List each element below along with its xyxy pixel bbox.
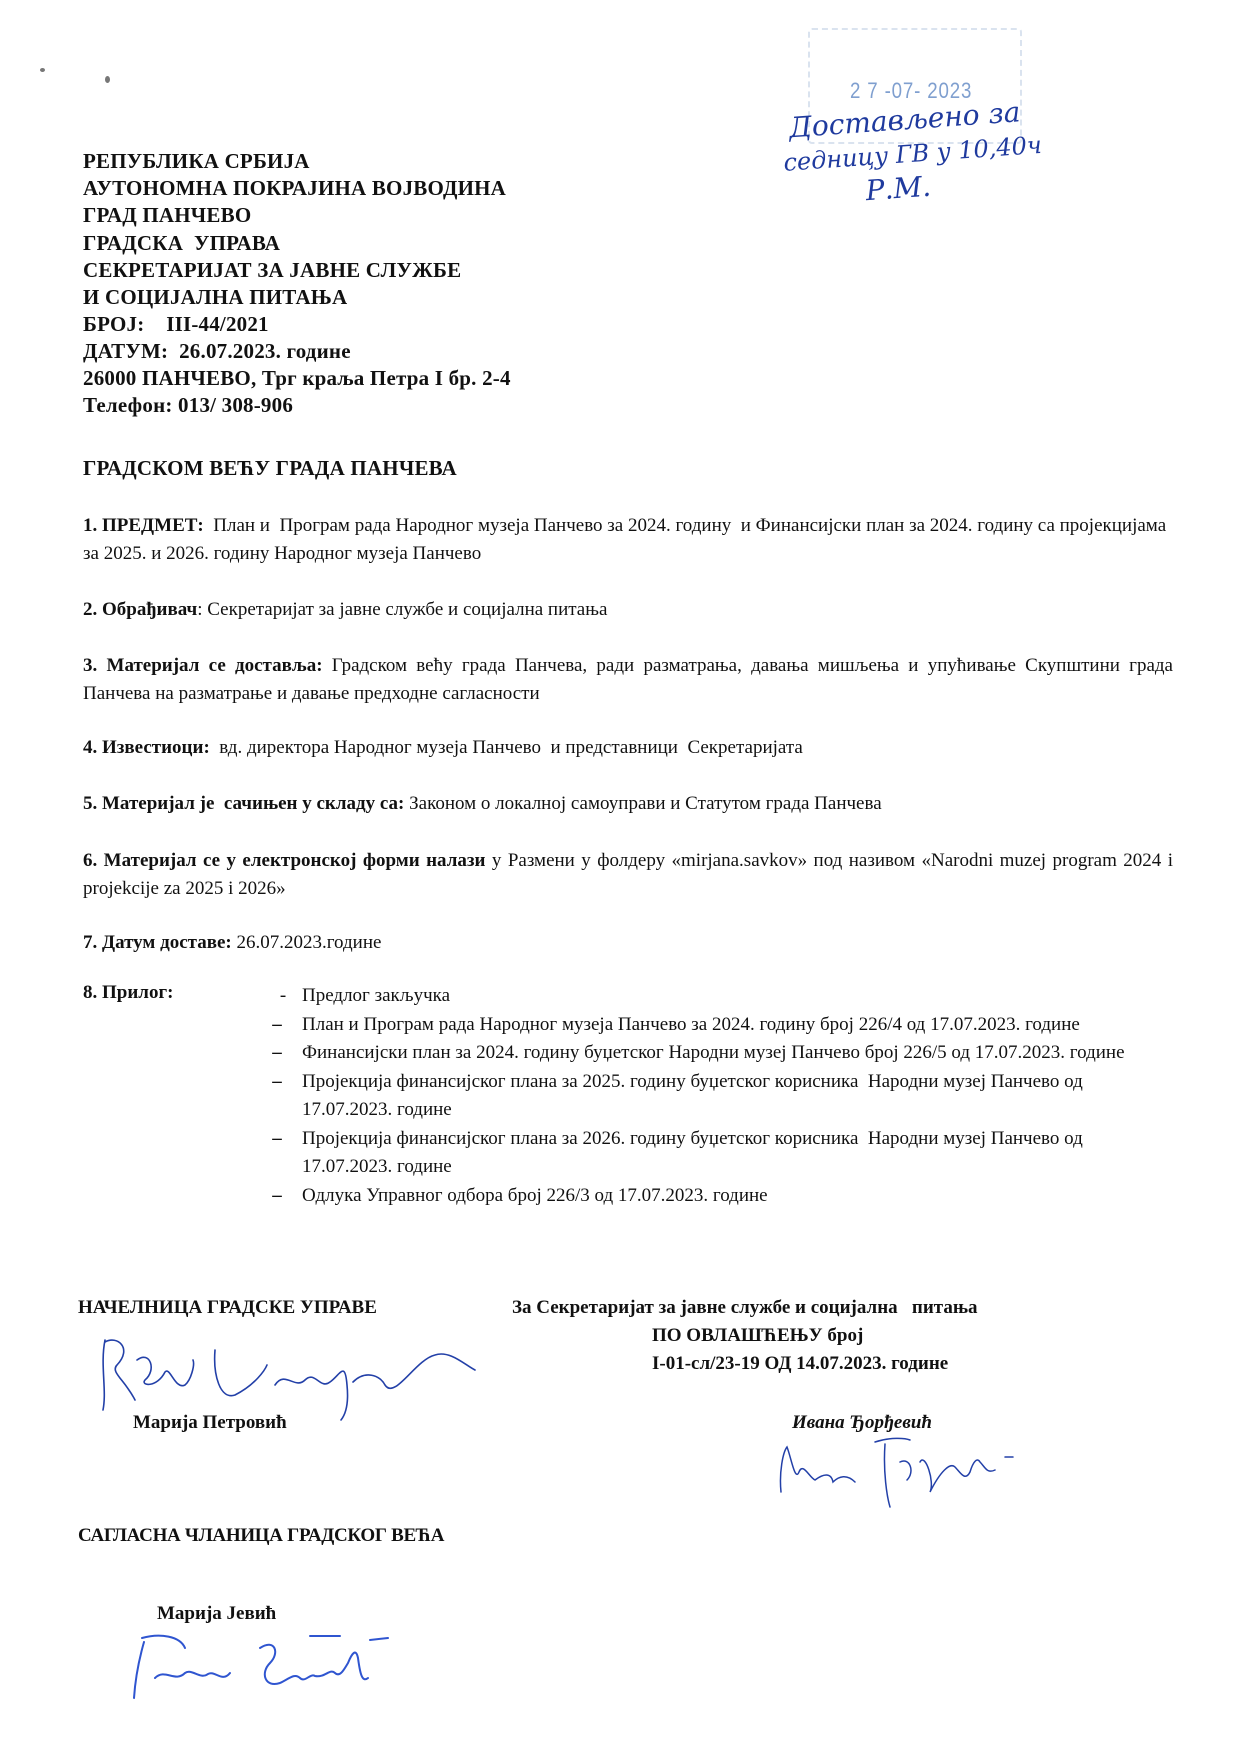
header-line: ГРАДСКА УПРАВА [83,230,280,257]
attachment-item: - Предлог закључка [262,982,1162,1011]
address: 26000 ПАНЧЕВО, Трг краља Петра I бр. 2-4 [83,365,511,392]
header-line: СЕКРЕТАРИЈАТ ЗА ЈАВНЕ СЛУЖБЕ [83,257,461,284]
document-number: БРОЈ: III-44/2021 [83,311,269,338]
attachment-item: – Финансијски план за 2024. годину буџет… [262,1039,1162,1068]
phone: Телефон: 013/ 308-906 [83,392,293,419]
recipient: ГРАДСКОМ ВЕЋУ ГРАДА ПАНЧЕВА [83,455,457,482]
left-signatory-title: НАЧЕЛНИЦА ГРАДСКЕ УПРАВЕ [78,1297,377,1319]
document-date: ДАТУМ: 26.07.2023. године [83,338,351,365]
attachments-label: 8. Прилог: [83,982,173,1004]
dash-bullet: – [262,1068,292,1097]
handwritten-note: Достављено за седницу ГВ у 10,40ч Р.М. [780,94,1045,214]
dash-bullet: – [262,1039,292,1068]
left-signatory-name: Марија Петровић [133,1412,287,1434]
attachment-item: – Одлука Управног одбора број 226/3 од 1… [262,1182,1162,1211]
section-author: 2. Обрађивач: Секретаријат за јавне служ… [83,596,1173,624]
header-line: АУТОНОМНА ПОКРАЈИНА ВОЈВОДИНА [83,175,506,202]
attachment-item: – План и Програм рада Народног музеја Па… [262,1011,1162,1040]
council-member-title: САГЛАСНА ЧЛАНИЦА ГРАДСКОГ ВЕЋА [78,1525,444,1547]
council-member-name: Марија Јевић [157,1603,276,1625]
dash-bullet: – [262,1182,292,1211]
section-legal-basis: 5. Материјал је сачињен у складу са: Зак… [83,790,1173,818]
attachments-list: - Предлог закључка – План и Програм рада… [262,982,1162,1210]
scan-speck [40,68,45,72]
authorization-line-1: ПО ОВЛАШЋЕЊУ број [652,1325,863,1347]
header-line: И СОЦИЈАЛНА ПИТАЊА [83,284,347,311]
dash-bullet: - [268,982,298,1011]
section-electronic-location: 6. Материјал се у електронској форми нал… [83,847,1173,903]
right-signatory-title: За Секретаријат за јавне службе и соција… [512,1297,978,1319]
section-material-delivered: 3. Материјал се доставља: Градском већу … [83,652,1173,708]
dash-bullet: – [262,1011,292,1040]
section-reporters: 4. Известиоци: вд. директора Народног му… [83,734,1173,762]
signature-djordjevic [775,1432,1075,1512]
signature-jevic [130,1628,430,1708]
scan-speck [105,76,110,83]
attachment-item: – Пројекција финансијског плана за 2026.… [262,1125,1162,1182]
authorization-line-2: I-01-сл/23-19 ОД 14.07.2023. године [652,1353,948,1375]
header-line: ГРАД ПАНЧЕВО [83,202,251,229]
section-delivery-date: 7. Датум доставе: 26.07.2023.године [83,929,1173,957]
header-line: РЕПУБЛИКА СРБИЈА [83,148,310,175]
section-subject: 1. ПРЕДМЕТ: План и Програм рада Народног… [83,512,1173,568]
attachment-item: – Пројекција финансијског плана за 2025.… [262,1068,1162,1125]
signature-petrovic [95,1330,535,1425]
dash-bullet: – [262,1125,292,1154]
right-signatory-name: Ивана Ђорђевић [792,1412,932,1434]
